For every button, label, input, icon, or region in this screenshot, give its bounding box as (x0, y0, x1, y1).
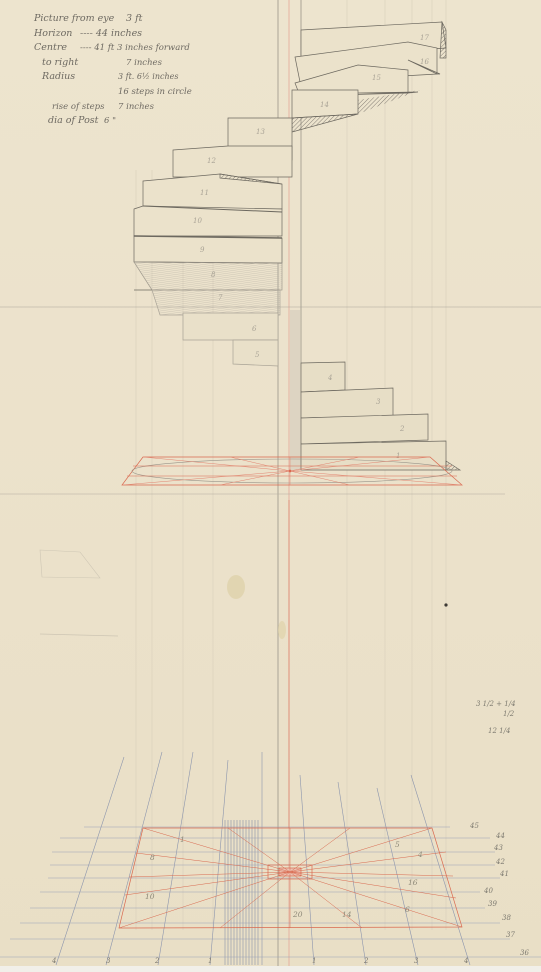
svg-text:39: 39 (488, 900, 497, 908)
svg-text:3: 3 (106, 957, 111, 965)
svg-text:37: 37 (506, 931, 515, 939)
svg-text:17: 17 (420, 34, 429, 42)
svg-text:12: 12 (207, 157, 216, 165)
svg-text:20: 20 (292, 910, 303, 919)
margin-notes: 3 1/2 + 1/4 1/2 12 1/4 (476, 700, 516, 735)
svg-text:8: 8 (211, 271, 216, 279)
svg-text:16: 16 (420, 58, 429, 66)
svg-text:3 1/2 + 1/4: 3 1/2 + 1/4 (476, 700, 516, 708)
svg-text:36: 36 (520, 949, 529, 957)
plan-red-construction (119, 500, 462, 928)
svg-text:44: 44 (495, 832, 505, 840)
side-scale-labels: 45 44 43 42 41 40 39 38 37 36 (469, 822, 529, 957)
svg-text:42: 42 (495, 858, 505, 866)
svg-text:43: 43 (493, 844, 503, 852)
svg-text:41: 41 (499, 870, 509, 878)
svg-text:4: 4 (51, 957, 56, 965)
svg-text:1: 1 (396, 452, 400, 460)
svg-text:2: 2 (154, 957, 160, 965)
lower-steps (301, 362, 460, 470)
svg-text:2: 2 (363, 957, 369, 965)
svg-text:11: 11 (200, 189, 209, 197)
post-line-bunch (225, 820, 258, 965)
svg-text:4: 4 (417, 850, 423, 859)
svg-text:1: 1 (312, 957, 316, 965)
plan-perspective-lines (56, 752, 470, 965)
drawing-canvas: 17 16 15 14 13 12 11 10 9 8 7 6 5 4 3 2 … (0, 0, 541, 972)
svg-text:16: 16 (408, 878, 418, 887)
svg-text:15: 15 (372, 74, 381, 82)
svg-text:4: 4 (327, 374, 332, 382)
svg-text:12 1/4: 12 1/4 (488, 727, 510, 735)
svg-text:7: 7 (218, 294, 223, 302)
svg-text:5: 5 (395, 840, 400, 849)
paper-bottom-edge (0, 966, 541, 972)
svg-text:9: 9 (200, 246, 205, 254)
svg-text:8: 8 (150, 853, 155, 862)
svg-text:5: 5 (255, 351, 260, 359)
svg-text:3: 3 (376, 398, 381, 406)
svg-text:14: 14 (320, 101, 329, 109)
svg-text:10: 10 (145, 892, 155, 901)
bottom-tick-labels: 4 3 2 1 1 2 3 4 (51, 957, 468, 965)
svg-text:1: 1 (208, 957, 212, 965)
svg-text:1: 1 (180, 835, 185, 844)
svg-text:2: 2 (399, 425, 405, 433)
svg-text:10: 10 (193, 217, 202, 225)
svg-text:13: 13 (256, 128, 265, 136)
stray-marks (40, 550, 448, 639)
svg-text:38: 38 (502, 914, 511, 922)
svg-text:6: 6 (252, 325, 257, 333)
svg-text:3: 3 (414, 957, 419, 965)
svg-text:45: 45 (469, 822, 479, 830)
drawing-sheet: Picture from eye3 ft Horizon---- 44 inch… (0, 0, 541, 972)
svg-text:1/2: 1/2 (503, 710, 515, 718)
svg-text:14: 14 (342, 910, 352, 919)
svg-text:6: 6 (405, 905, 410, 914)
plan-horizontal-lines (0, 827, 541, 957)
svg-text:4: 4 (463, 957, 468, 965)
svg-text:40: 40 (483, 887, 493, 895)
